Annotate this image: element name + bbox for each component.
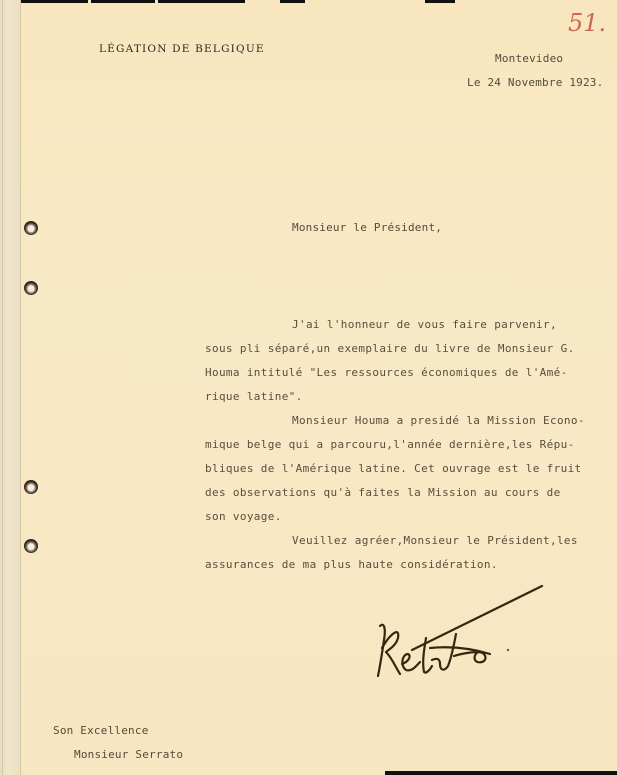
- body-line: J'ai l'honneur de vous faire parvenir,: [292, 318, 557, 331]
- body-line: des observations qu'à faites la Mission …: [205, 486, 561, 499]
- body-line: rique latine".: [205, 390, 303, 403]
- handwritten-signature: [370, 578, 560, 688]
- scan-top-edge: [0, 0, 617, 3]
- binding-strip: [0, 0, 21, 775]
- recipient-name: Monsieur Serrato: [74, 748, 183, 761]
- punch-hole-icon: [24, 221, 38, 235]
- body-line: mique belge qui a parcouru,l'année derni…: [205, 438, 575, 451]
- binding-fold-line: [2, 0, 3, 775]
- letter-page: 51. LÉGATION DE BELGIQUE Montevideo Le 2…: [0, 0, 617, 775]
- body-line: son voyage.: [205, 510, 282, 523]
- place: Montevideo: [495, 52, 563, 65]
- date: Le 24 Novembre 1923.: [467, 76, 603, 89]
- body-line: Veuillez agréer,Monsieur le Président,le…: [292, 534, 578, 547]
- scan-bottom-edge: [385, 771, 617, 775]
- body-line: Monsieur Houma a presidé la Mission Econ…: [292, 414, 585, 427]
- body-line: bliques de l'Amérique latine. Cet ouvrag…: [205, 462, 582, 475]
- folio-number: 51.: [568, 9, 606, 37]
- salutation: Monsieur le Président,: [292, 221, 442, 234]
- letterhead: LÉGATION DE BELGIQUE: [99, 43, 265, 55]
- punch-hole-icon: [24, 480, 38, 494]
- recipient-title: Son Excellence: [53, 724, 149, 737]
- body-line: Houma intitulé "Les ressources économiqu…: [205, 366, 568, 379]
- punch-hole-icon: [24, 539, 38, 553]
- body-line: assurances de ma plus haute considératio…: [205, 558, 498, 571]
- body-line: sous pli séparé,un exemplaire du livre d…: [205, 342, 575, 355]
- punch-hole-icon: [24, 281, 38, 295]
